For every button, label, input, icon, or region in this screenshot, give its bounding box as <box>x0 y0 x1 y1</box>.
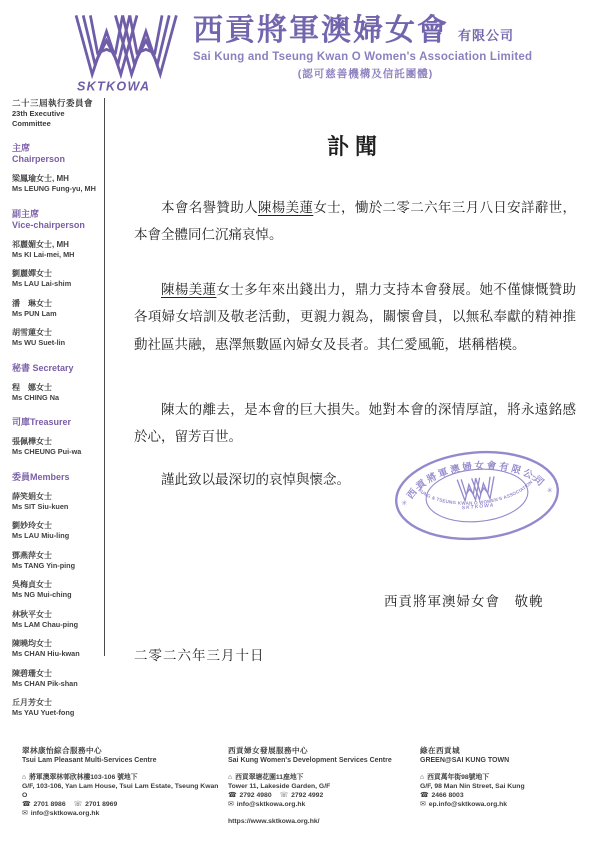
member-name-zh: 薛笑娟女士 <box>12 492 102 502</box>
house-icon: ⌂ <box>228 773 232 782</box>
house-icon: ⌂ <box>22 773 26 782</box>
member-name-en: Ms TANG Yin-ping <box>12 561 102 571</box>
committee-members: 張佩樺女士Ms CHEUNG Pui-wa <box>12 437 102 457</box>
committee-member: 陳曉均女士Ms CHAN Hiu-kwan <box>12 639 102 659</box>
phone-number: 2466 8003 <box>431 792 463 799</box>
fax-icon: ☏ <box>280 791 289 800</box>
footer-centre: 翠林康怡綜合服務中心Tsui Lam Pleasant Multi-Servic… <box>22 746 220 818</box>
committee-member: 胡雪蓮女士Ms WU Suet-lin <box>12 328 102 348</box>
role-heading: 委員Members <box>12 472 102 483</box>
centre-email-line: ✉ep.info@sktkowa.org.hk <box>420 800 585 809</box>
member-name-zh: 林秋平女士 <box>12 610 102 620</box>
email-icon: ✉ <box>22 809 28 818</box>
p1-pre: 本會名譽贊助人 <box>161 200 258 215</box>
committee-members: 程 娜女士Ms CHING Na <box>12 383 102 403</box>
org-name-zh: 西貢將軍澳婦女會 <box>193 14 449 48</box>
letter-date: 二零二六年三月十日 <box>134 644 265 664</box>
official-stamp: 西貢將軍澳婦女會有限公司 SAI KUNG & TSEUNG KWAN O WO… <box>388 441 566 550</box>
centre-title-zh: 西貢婦女發展服務中心 <box>228 746 413 756</box>
member-name-zh: 程 娜女士 <box>12 383 102 393</box>
deceased-name: 陳楊美蓮 <box>258 200 313 215</box>
member-name-en: Ms CHING Na <box>12 393 102 403</box>
role-heading: 主席 <box>12 143 102 154</box>
address-zh-text: 將軍澳翠林邨欣林樓103-106 號地下 <box>29 774 137 781</box>
centre-phone-line: ☎2701 8986☏2701 8969 <box>22 800 220 809</box>
member-name-en: Ms KI Lai-mei, MH <box>12 250 102 260</box>
member-name-en: Ms LAM Chau-ping <box>12 620 102 630</box>
fax-number: 2792 4992 <box>291 792 323 799</box>
stamp-star-left: ✳ <box>401 499 408 507</box>
executive-committee-sidebar: 二十三屆執行委員會 23th Executive Committee 主席Cha… <box>12 98 102 728</box>
fax-number: 2701 8969 <box>85 801 117 808</box>
role-heading: 副主席 <box>12 209 102 220</box>
committee-member: 吳梅貞女士Ms NG Mui-ching <box>12 580 102 600</box>
committee-member: 梁鳳瑜女士, MHMs LEUNG Fung-yu, MH <box>12 174 102 194</box>
committee-group: 司庫Treasurer張佩樺女士Ms CHEUNG Pui-wa <box>12 417 102 457</box>
committee-member: 丘月芳女士Ms YAU Yuet-fong <box>12 698 102 718</box>
centre-address-zh: ⌂西貢萬年街98號地下 <box>420 773 585 782</box>
member-name-en: Ms LEUNG Fung-yu, MH <box>12 184 102 194</box>
fax-icon: ☏ <box>74 800 83 809</box>
committee-member: 陳碧珊女士Ms CHAN Pik-shan <box>12 669 102 689</box>
committee-members: 祁麗媚女士, MHMs KI Lai-mei, MH劉麗嬋女士Ms LAU La… <box>12 240 102 348</box>
centre-title-zh: 翠林康怡綜合服務中心 <box>22 746 220 756</box>
email-address: ep.info@sktkowa.org.hk <box>429 801 507 808</box>
phone-number: 2701 8986 <box>33 801 65 808</box>
centre-title-en: Tsui Lam Pleasant Multi-Services Centre <box>22 756 220 765</box>
org-name-en: Sai Kung and Tseung Kwan O Women's Assoc… <box>193 51 538 63</box>
paragraph-1: 本會名譽贊助人陳楊美蓮女士，慟於二零二六年三月八日安詳辭世，本會全體同仁沉痛哀悼… <box>134 194 576 249</box>
member-name-zh: 梁鳳瑜女士, MH <box>12 174 102 184</box>
letter-page: SKTKOWA 西貢將軍澳婦女會 有限公司 Sai Kung and Tseun… <box>0 0 595 841</box>
member-name-zh: 潘 琳女士 <box>12 299 102 309</box>
committee-title-en: 23th Executive Committee <box>12 109 82 128</box>
centre-phone-line: ☎2466 8003 <box>420 791 585 800</box>
email-icon: ✉ <box>228 800 234 809</box>
member-name-en: Ms CHAN Hiu-kwan <box>12 649 102 659</box>
centre-address-en: G/F, 103-106, Yan Lam House, Tsui Lam Es… <box>22 782 220 800</box>
centre-address-en: G/F, 98 Man Nin Street, Sai Kung <box>420 782 585 791</box>
stamp-star-right: ✳ <box>547 486 554 494</box>
committee-group: 副主席Vice-chairperson祁麗媚女士, MHMs KI Lai-me… <box>12 209 102 348</box>
role-heading: Vice-chairperson <box>12 220 102 231</box>
committee-member: 程 娜女士Ms CHING Na <box>12 383 102 403</box>
committee-member: 祁麗媚女士, MHMs KI Lai-mei, MH <box>12 240 102 260</box>
member-name-en: Ms LAU Lai-shim <box>12 279 102 289</box>
association-logo: SKTKOWA <box>70 10 186 94</box>
centre-email-line: ✉info@sktkowa.org.hk <box>22 809 220 818</box>
member-name-zh: 祁麗媚女士, MH <box>12 240 102 250</box>
member-name-en: Ms LAU Miu-ling <box>12 531 102 541</box>
committee-group: 主席Chairperson梁鳳瑜女士, MHMs LEUNG Fung-yu, … <box>12 143 102 194</box>
centre-phone-line: ☎2792 4980☏2792 4992 <box>228 791 413 800</box>
member-name-en: Ms PUN Lam <box>12 309 102 319</box>
footer-centre: 綠在西貢城GREEN@SAI KUNG TOWN⌂西貢萬年街98號地下G/F, … <box>420 746 585 809</box>
address-zh-text: 西貢翠塘花園11座地下 <box>235 774 303 781</box>
address-zh-text: 西貢萬年街98號地下 <box>427 774 489 781</box>
centre-email-line: ✉info@sktkowa.org.hk <box>228 800 413 809</box>
committee-member: 鄧燕萍女士Ms TANG Yin-ping <box>12 551 102 571</box>
house-icon: ⌂ <box>420 773 424 782</box>
member-name-zh: 鄧燕萍女士 <box>12 551 102 561</box>
committee-members: 梁鳳瑜女士, MHMs LEUNG Fung-yu, MH <box>12 174 102 194</box>
member-name-zh: 張佩樺女士 <box>12 437 102 447</box>
member-name-zh: 吳梅貞女士 <box>12 580 102 590</box>
paragraph-3: 陳太的離去，是本會的巨大損失。她對本會的深情厚誼，將永遠銘感於心，留芳百世。 <box>134 396 576 451</box>
member-name-en: Ms YAU Yuet-fong <box>12 708 102 718</box>
committee-member: 劉麗嬋女士Ms LAU Lai-shim <box>12 269 102 289</box>
member-name-zh: 陳曉均女士 <box>12 639 102 649</box>
role-heading: 司庫Treasurer <box>12 417 102 428</box>
deceased-name: 陳楊美蓮 <box>161 282 216 297</box>
stamp-logo-w-icon <box>457 476 496 501</box>
centre-title-en: Sai Kung Women's Development Services Ce… <box>228 756 413 765</box>
committee-title-zh: 二十三屆執行委員會 <box>12 98 102 109</box>
org-name-block: 西貢將軍澳婦女會 有限公司 Sai Kung and Tseung Kwan O… <box>193 14 538 81</box>
member-name-zh: 劉妙玲女士 <box>12 521 102 531</box>
paragraph-2: 陳楊美蓮女士多年來出錢出力，鼎力支持本會發展。她不僅慷慨贊助各項婦女培訓及敬老活… <box>134 276 576 359</box>
member-name-zh: 丘月芳女士 <box>12 698 102 708</box>
role-heading: 秘書 Secretary <box>12 363 102 374</box>
centre-title-zh: 綠在西貢城 <box>420 746 585 756</box>
charity-note: (認可慈善機構及信託團體) <box>193 66 538 81</box>
centre-title-en: GREEN@SAI KUNG TOWN <box>420 756 585 765</box>
member-name-en: Ms NG Mui-ching <box>12 590 102 600</box>
centre-address-zh: ⌂將軍澳翠林邨欣林樓103-106 號地下 <box>22 773 220 782</box>
centre-address-zh: ⌂西貢翠塘花園11座地下 <box>228 773 413 782</box>
committee-member: 劉妙玲女士Ms LAU Miu-ling <box>12 521 102 541</box>
phone-icon: ☎ <box>420 791 428 800</box>
email-icon: ✉ <box>420 800 426 809</box>
email-address: info@sktkowa.org.hk <box>31 810 100 817</box>
member-name-en: Ms WU Suet-lin <box>12 338 102 348</box>
phone-icon: ☎ <box>22 800 30 809</box>
committee-member: 林秋平女士Ms LAM Chau-ping <box>12 610 102 630</box>
email-address: info@sktkowa.org.hk <box>237 801 306 808</box>
member-name-zh: 劉麗嬋女士 <box>12 269 102 279</box>
committee-member: 張佩樺女士Ms CHEUNG Pui-wa <box>12 437 102 457</box>
member-name-en: Ms CHEUNG Pui-wa <box>12 447 102 457</box>
committee-member: 薛笑娟女士Ms SIT Siu-kuen <box>12 492 102 512</box>
committee-group: 秘書 Secretary程 娜女士Ms CHING Na <box>12 363 102 403</box>
committee-member: 潘 琳女士Ms PUN Lam <box>12 299 102 319</box>
member-name-zh: 胡雪蓮女士 <box>12 328 102 338</box>
signature-line: 西貢將軍澳婦女會 敬輓 <box>384 590 544 610</box>
centre-website: https://www.sktkowa.org.hk/ <box>228 817 413 826</box>
phone-number: 2792 4980 <box>239 792 271 799</box>
committee-group: 委員Members薛笑娟女士Ms SIT Siu-kuen劉妙玲女士Ms LAU… <box>12 472 102 718</box>
member-name-en: Ms CHAN Pik-shan <box>12 679 102 689</box>
org-name-suffix: 有限公司 <box>458 25 514 44</box>
letter-title: 訃聞 <box>134 130 576 161</box>
role-heading: Chairperson <box>12 154 102 165</box>
centre-address-en: Tower 11, Lakeside Garden, G/F <box>228 782 413 791</box>
committee-members: 薛笑娟女士Ms SIT Siu-kuen劉妙玲女士Ms LAU Miu-ling… <box>12 492 102 718</box>
committee-groups: 主席Chairperson梁鳳瑜女士, MHMs LEUNG Fung-yu, … <box>12 143 102 718</box>
member-name-zh: 陳碧珊女士 <box>12 669 102 679</box>
vertical-divider <box>104 98 105 656</box>
phone-icon: ☎ <box>228 791 236 800</box>
footer-centre: 西貢婦女發展服務中心Sai Kung Women's Development S… <box>228 746 413 826</box>
member-name-en: Ms SIT Siu-kuen <box>12 502 102 512</box>
logo-w-icon: SKTKOWA <box>70 10 186 96</box>
logo-text: SKTKOWA <box>77 80 150 94</box>
